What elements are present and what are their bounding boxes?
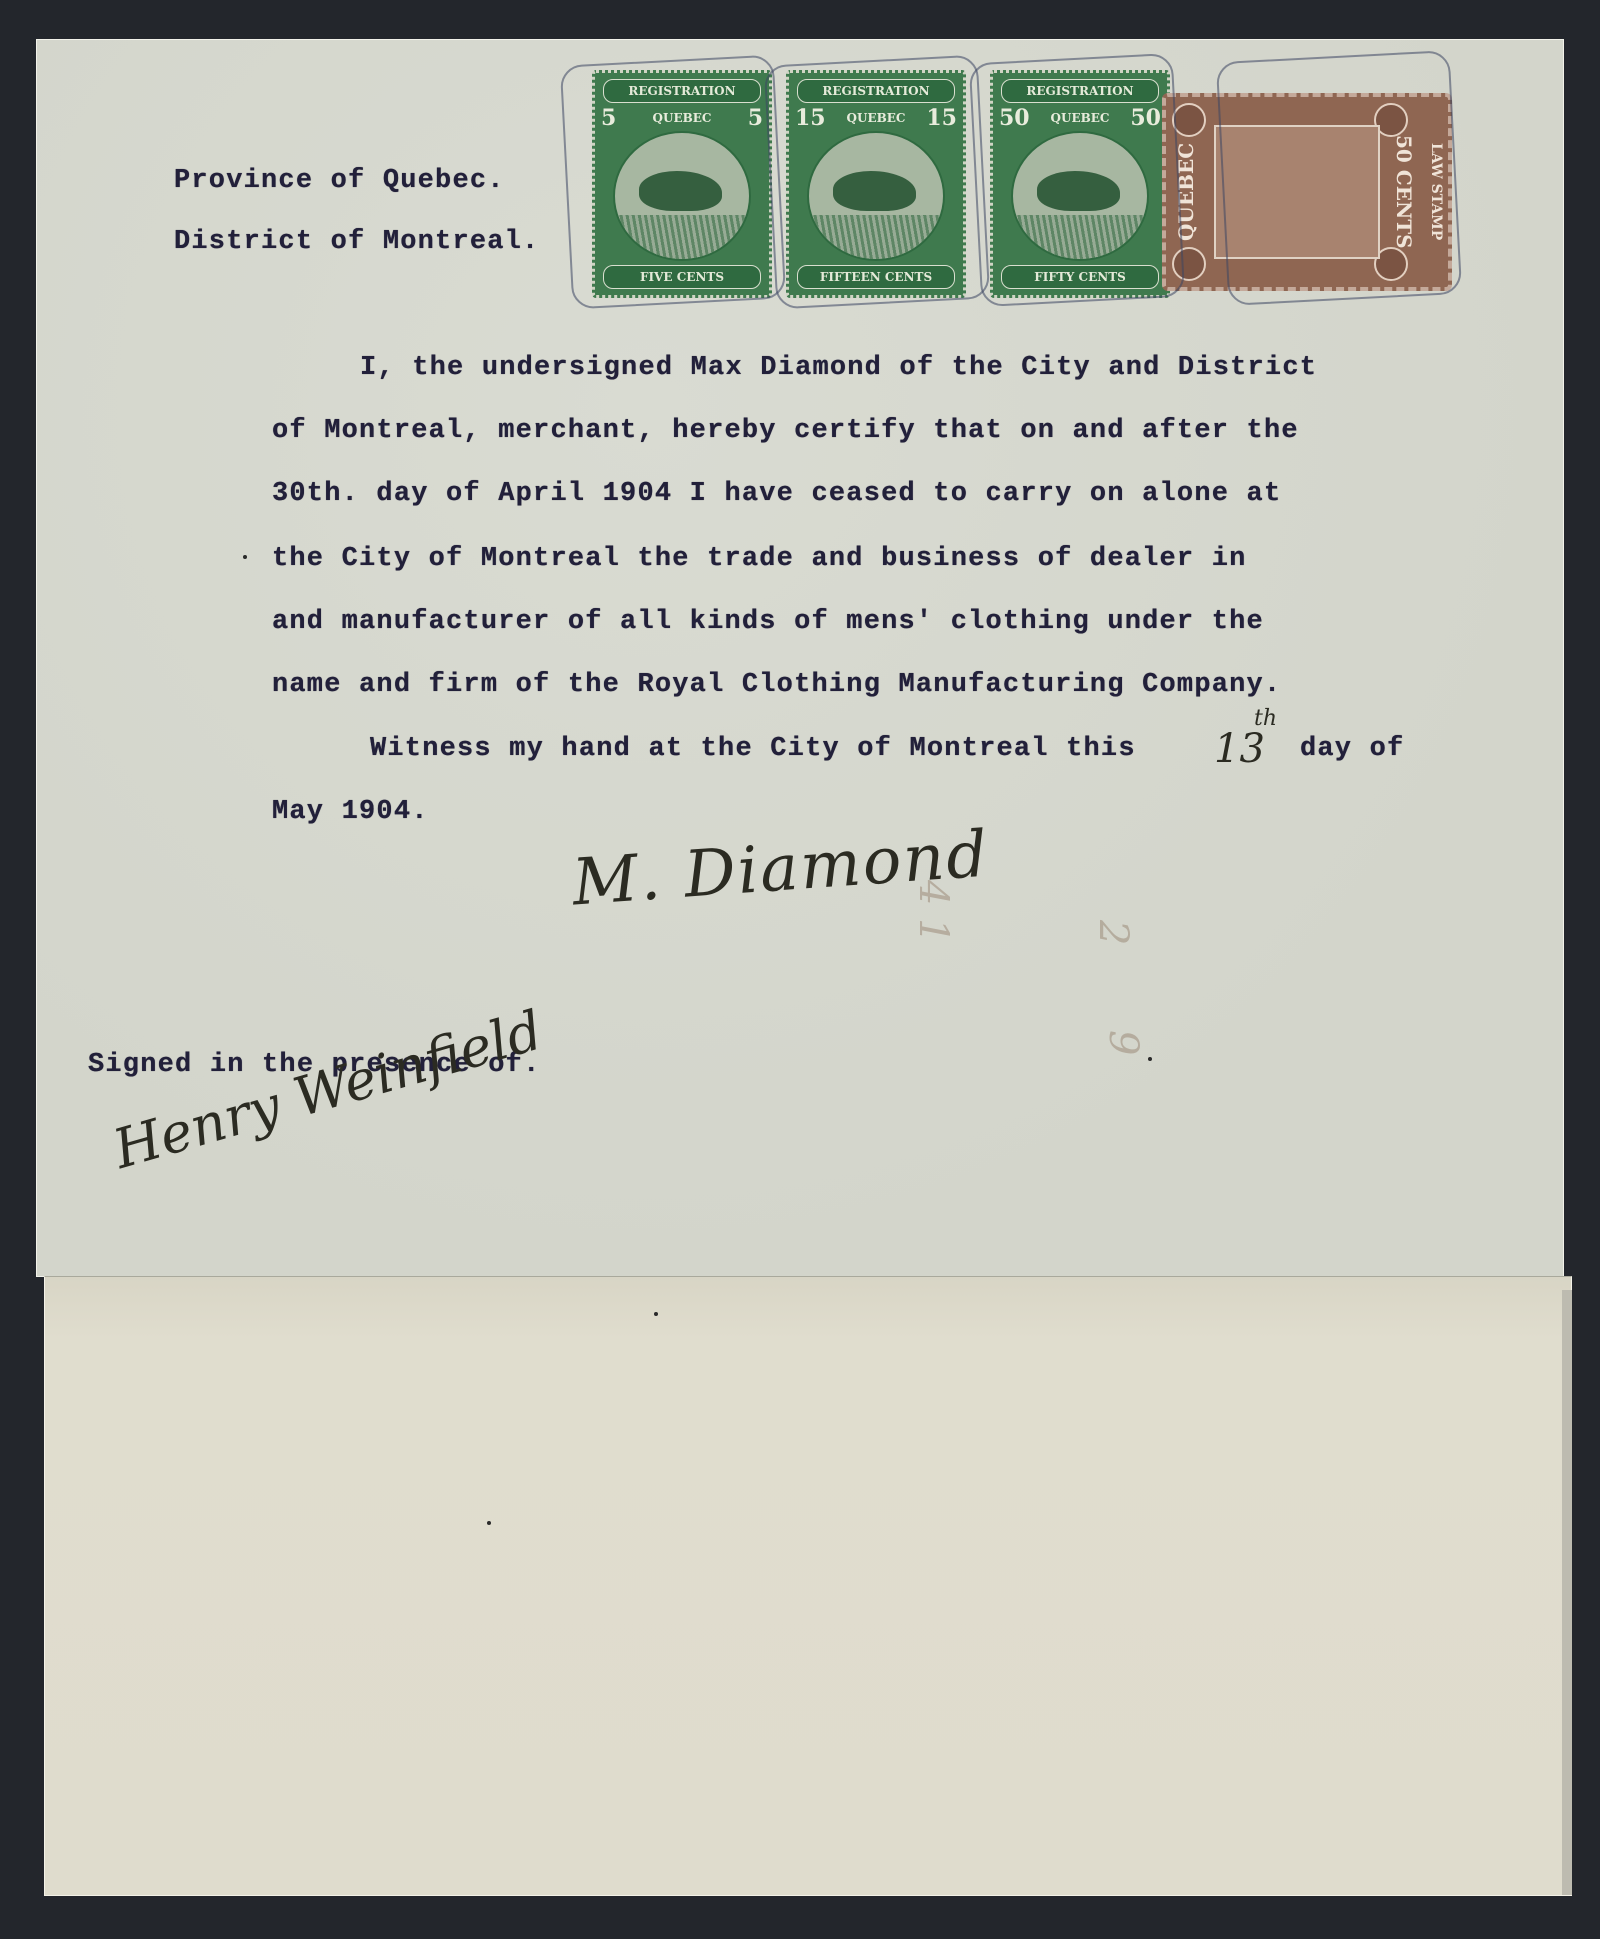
body-line-6: name and firm of the Royal Clothing Manu… (272, 670, 1281, 700)
body-line-1: I, the undersigned Max Diamond of the Ci… (360, 353, 1317, 383)
pencil-note: 2 (1090, 920, 1136, 945)
body-line-2: of Montreal, merchant, hereby certify th… (272, 416, 1299, 446)
ink-speck (243, 555, 247, 559)
handwritten-day-suffix: th (1254, 706, 1277, 731)
pencil-note: 9 (1100, 1030, 1146, 1055)
witness-line-prefix: Witness my hand at the City of Montreal … (370, 734, 1136, 764)
body-line-3: 30th. day of April 1904 I have ceased to… (272, 479, 1281, 509)
cancellation-mark (764, 55, 990, 310)
ink-speck (654, 1312, 658, 1316)
cancellation-mark (969, 53, 1185, 307)
body-line-4: the City of Montreal the trade and busin… (272, 544, 1247, 574)
witness-line-suffix: day of (1300, 734, 1404, 764)
cancellation-mark (1216, 50, 1462, 306)
ink-speck (487, 1521, 491, 1525)
fold-edge (1562, 1290, 1572, 1895)
pencil-note: 4 1 (910, 880, 956, 944)
heading-district: District of Montreal. (174, 227, 539, 257)
cancellation-mark (560, 55, 786, 310)
ink-speck (1148, 1057, 1152, 1061)
document-lower-sheet (44, 1276, 1572, 1896)
date-line: May 1904. (272, 797, 429, 827)
body-line-5: and manufacturer of all kinds of mens' c… (272, 607, 1264, 637)
rosette-icon (1172, 103, 1206, 137)
handwritten-day: 13 (1214, 726, 1265, 772)
heading-province: Province of Quebec. (174, 166, 505, 196)
